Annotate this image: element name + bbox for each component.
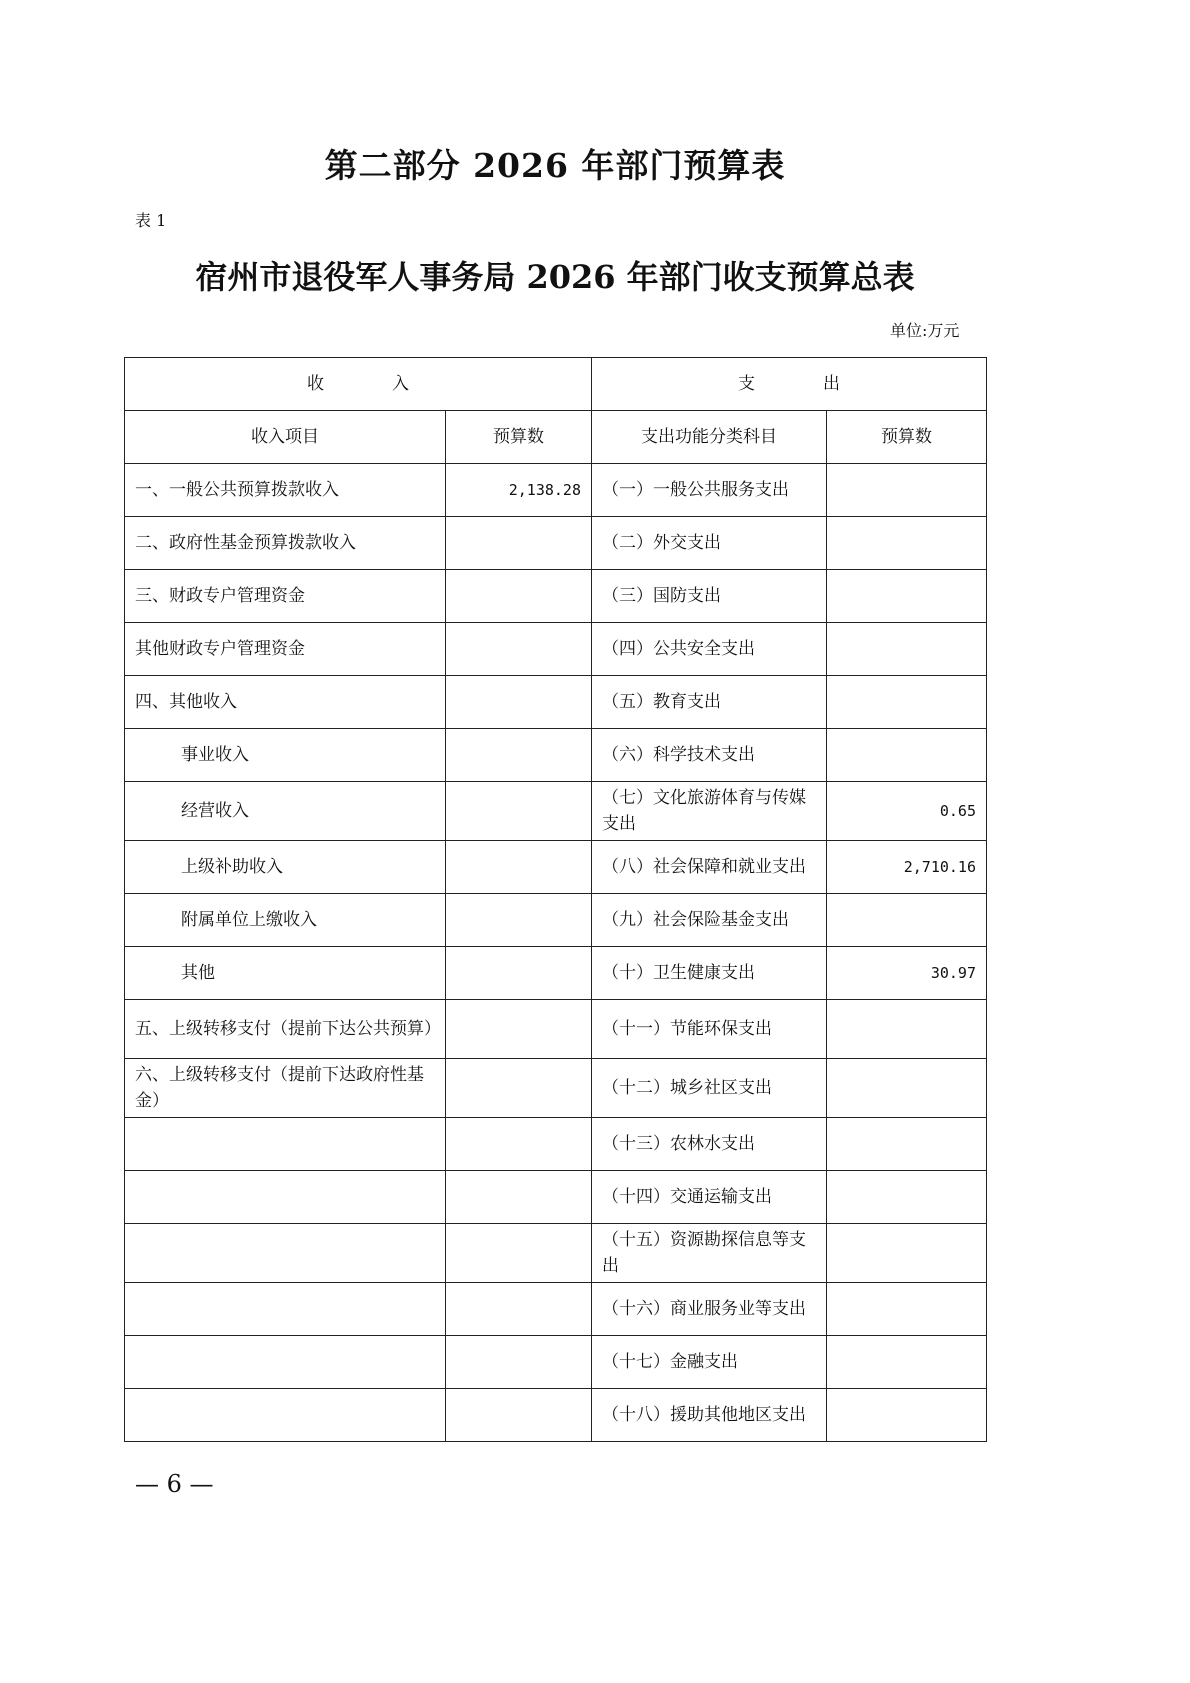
- table-row: （十四）交通运输支出: [125, 1171, 987, 1224]
- income-item-cell: 二、政府性基金预算拨款收入: [125, 517, 446, 570]
- expense-amount-cell: 0.65: [827, 782, 987, 841]
- income-item-cell: 三、财政专户管理资金: [125, 570, 446, 623]
- expense-amount-cell: 30.97: [827, 947, 987, 1000]
- expense-item-cell: （九）社会保险基金支出: [592, 894, 827, 947]
- expense-item-cell: （二）外交支出: [592, 517, 827, 570]
- income-item-cell: [125, 1389, 446, 1442]
- expense-item-cell: （十四）交通运输支出: [592, 1171, 827, 1224]
- income-amount-cell: [446, 1283, 592, 1336]
- expense-amount-cell: [827, 1224, 987, 1283]
- expense-header: 支 出: [592, 358, 987, 411]
- income-item-cell: [125, 1336, 446, 1389]
- page-number: — 6 —: [135, 1470, 214, 1498]
- income-item-cell: [125, 1171, 446, 1224]
- income-item-header: 收入项目: [125, 411, 446, 464]
- income-amount-cell: [446, 729, 592, 782]
- income-amount-cell: [446, 1171, 592, 1224]
- income-amount-cell: [446, 1059, 592, 1118]
- income-amount-cell: [446, 782, 592, 841]
- income-item-cell: [125, 1283, 446, 1336]
- expense-item-cell: （十二）城乡社区支出: [592, 1059, 827, 1118]
- expense-amount-cell: [827, 1389, 987, 1442]
- table-row: （十六）商业服务业等支出: [125, 1283, 987, 1336]
- expense-item-cell: （一）一般公共服务支出: [592, 464, 827, 517]
- income-item-cell: 附属单位上缴收入: [125, 894, 446, 947]
- expense-amount-cell: [827, 1118, 987, 1171]
- table-row: （十八）援助其他地区支出: [125, 1389, 987, 1442]
- income-item-cell: 五、上级转移支付（提前下达公共预算）: [125, 1000, 446, 1059]
- expense-amount-cell: [827, 464, 987, 517]
- table-row: 附属单位上缴收入（九）社会保险基金支出: [125, 894, 987, 947]
- income-amount-cell: [446, 1118, 592, 1171]
- expense-item-cell: （十八）援助其他地区支出: [592, 1389, 827, 1442]
- income-item-cell: 四、其他收入: [125, 676, 446, 729]
- table-row: 六、上级转移支付（提前下达政府性基金）（十二）城乡社区支出: [125, 1059, 987, 1118]
- expense-amount-cell: [827, 676, 987, 729]
- income-header: 收 入: [125, 358, 592, 411]
- expense-amount-header: 预算数: [827, 411, 987, 464]
- table-row: （十五）资源勘探信息等支出: [125, 1224, 987, 1283]
- expense-item-cell: （十一）节能环保支出: [592, 1000, 827, 1059]
- income-amount-cell: [446, 1224, 592, 1283]
- expense-amount-cell: [827, 517, 987, 570]
- income-item-cell: 一、一般公共预算拨款收入: [125, 464, 446, 517]
- income-amount-cell: [446, 1336, 592, 1389]
- expense-item-cell: （十六）商业服务业等支出: [592, 1283, 827, 1336]
- expense-amount-cell: [827, 570, 987, 623]
- income-amount-cell: [446, 894, 592, 947]
- income-amount-cell: [446, 1389, 592, 1442]
- expense-item-cell: （四）公共安全支出: [592, 623, 827, 676]
- income-amount-cell: [446, 676, 592, 729]
- table-row: 上级补助收入（八）社会保障和就业支出2,710.16: [125, 841, 987, 894]
- income-item-cell: 其他: [125, 947, 446, 1000]
- table-row: 三、财政专户管理资金（三）国防支出: [125, 570, 987, 623]
- table-row: 五、上级转移支付（提前下达公共预算）（十一）节能环保支出: [125, 1000, 987, 1059]
- expense-amount-cell: 2,710.16: [827, 841, 987, 894]
- table-row: （十七）金融支出: [125, 1336, 987, 1389]
- expense-amount-cell: [827, 729, 987, 782]
- income-item-cell: 事业收入: [125, 729, 446, 782]
- income-amount-cell: [446, 1000, 592, 1059]
- expense-amount-cell: [827, 894, 987, 947]
- expense-item-cell: （六）科学技术支出: [592, 729, 827, 782]
- table-row: 四、其他收入（五）教育支出: [125, 676, 987, 729]
- income-amount-cell: [446, 947, 592, 1000]
- income-item-cell: [125, 1224, 446, 1283]
- expense-item-cell: （十三）农林水支出: [592, 1118, 827, 1171]
- income-amount-cell: 2,138.28: [446, 464, 592, 517]
- part-title: 第二部分 2026 年部门预算表: [0, 140, 1110, 187]
- expense-item-cell: （十）卫生健康支出: [592, 947, 827, 1000]
- table-row: （十三）农林水支出: [125, 1118, 987, 1171]
- income-amount-cell: [446, 623, 592, 676]
- income-item-cell: 经营收入: [125, 782, 446, 841]
- income-amount-cell: [446, 841, 592, 894]
- expense-amount-cell: [827, 623, 987, 676]
- income-item-cell: 其他财政专户管理资金: [125, 623, 446, 676]
- expense-amount-cell: [827, 1283, 987, 1336]
- income-item-cell: 上级补助收入: [125, 841, 446, 894]
- income-amount-header: 预算数: [446, 411, 592, 464]
- expense-item-header: 支出功能分类科目: [592, 411, 827, 464]
- table-row: 一、一般公共预算拨款收入2,138.28（一）一般公共服务支出: [125, 464, 987, 517]
- budget-table: 收 入 支 出 收入项目 预算数 支出功能分类科目 预算数 一、一般公共预算拨款…: [124, 357, 987, 1442]
- expense-item-cell: （八）社会保障和就业支出: [592, 841, 827, 894]
- expense-amount-cell: [827, 1059, 987, 1118]
- table-row: 二、政府性基金预算拨款收入（二）外交支出: [125, 517, 987, 570]
- income-item-cell: [125, 1118, 446, 1171]
- table-title: 宿州市退役军人事务局 2026 年部门收支预算总表: [0, 252, 1110, 298]
- expense-item-cell: （十五）资源勘探信息等支出: [592, 1224, 827, 1283]
- income-item-cell: 六、上级转移支付（提前下达政府性基金）: [125, 1059, 446, 1118]
- expense-item-cell: （七）文化旅游体育与传媒支出: [592, 782, 827, 841]
- expense-amount-cell: [827, 1336, 987, 1389]
- unit-label: 单位:万元: [890, 318, 959, 341]
- table-row: 其他财政专户管理资金（四）公共安全支出: [125, 623, 987, 676]
- expense-amount-cell: [827, 1000, 987, 1059]
- table-number: 表 1: [135, 208, 166, 231]
- income-amount-cell: [446, 517, 592, 570]
- income-amount-cell: [446, 570, 592, 623]
- table-row: 经营收入（七）文化旅游体育与传媒支出0.65: [125, 782, 987, 841]
- expense-item-cell: （三）国防支出: [592, 570, 827, 623]
- table-row: 其他（十）卫生健康支出30.97: [125, 947, 987, 1000]
- table-row: 事业收入（六）科学技术支出: [125, 729, 987, 782]
- expense-item-cell: （十七）金融支出: [592, 1336, 827, 1389]
- expense-amount-cell: [827, 1171, 987, 1224]
- expense-item-cell: （五）教育支出: [592, 676, 827, 729]
